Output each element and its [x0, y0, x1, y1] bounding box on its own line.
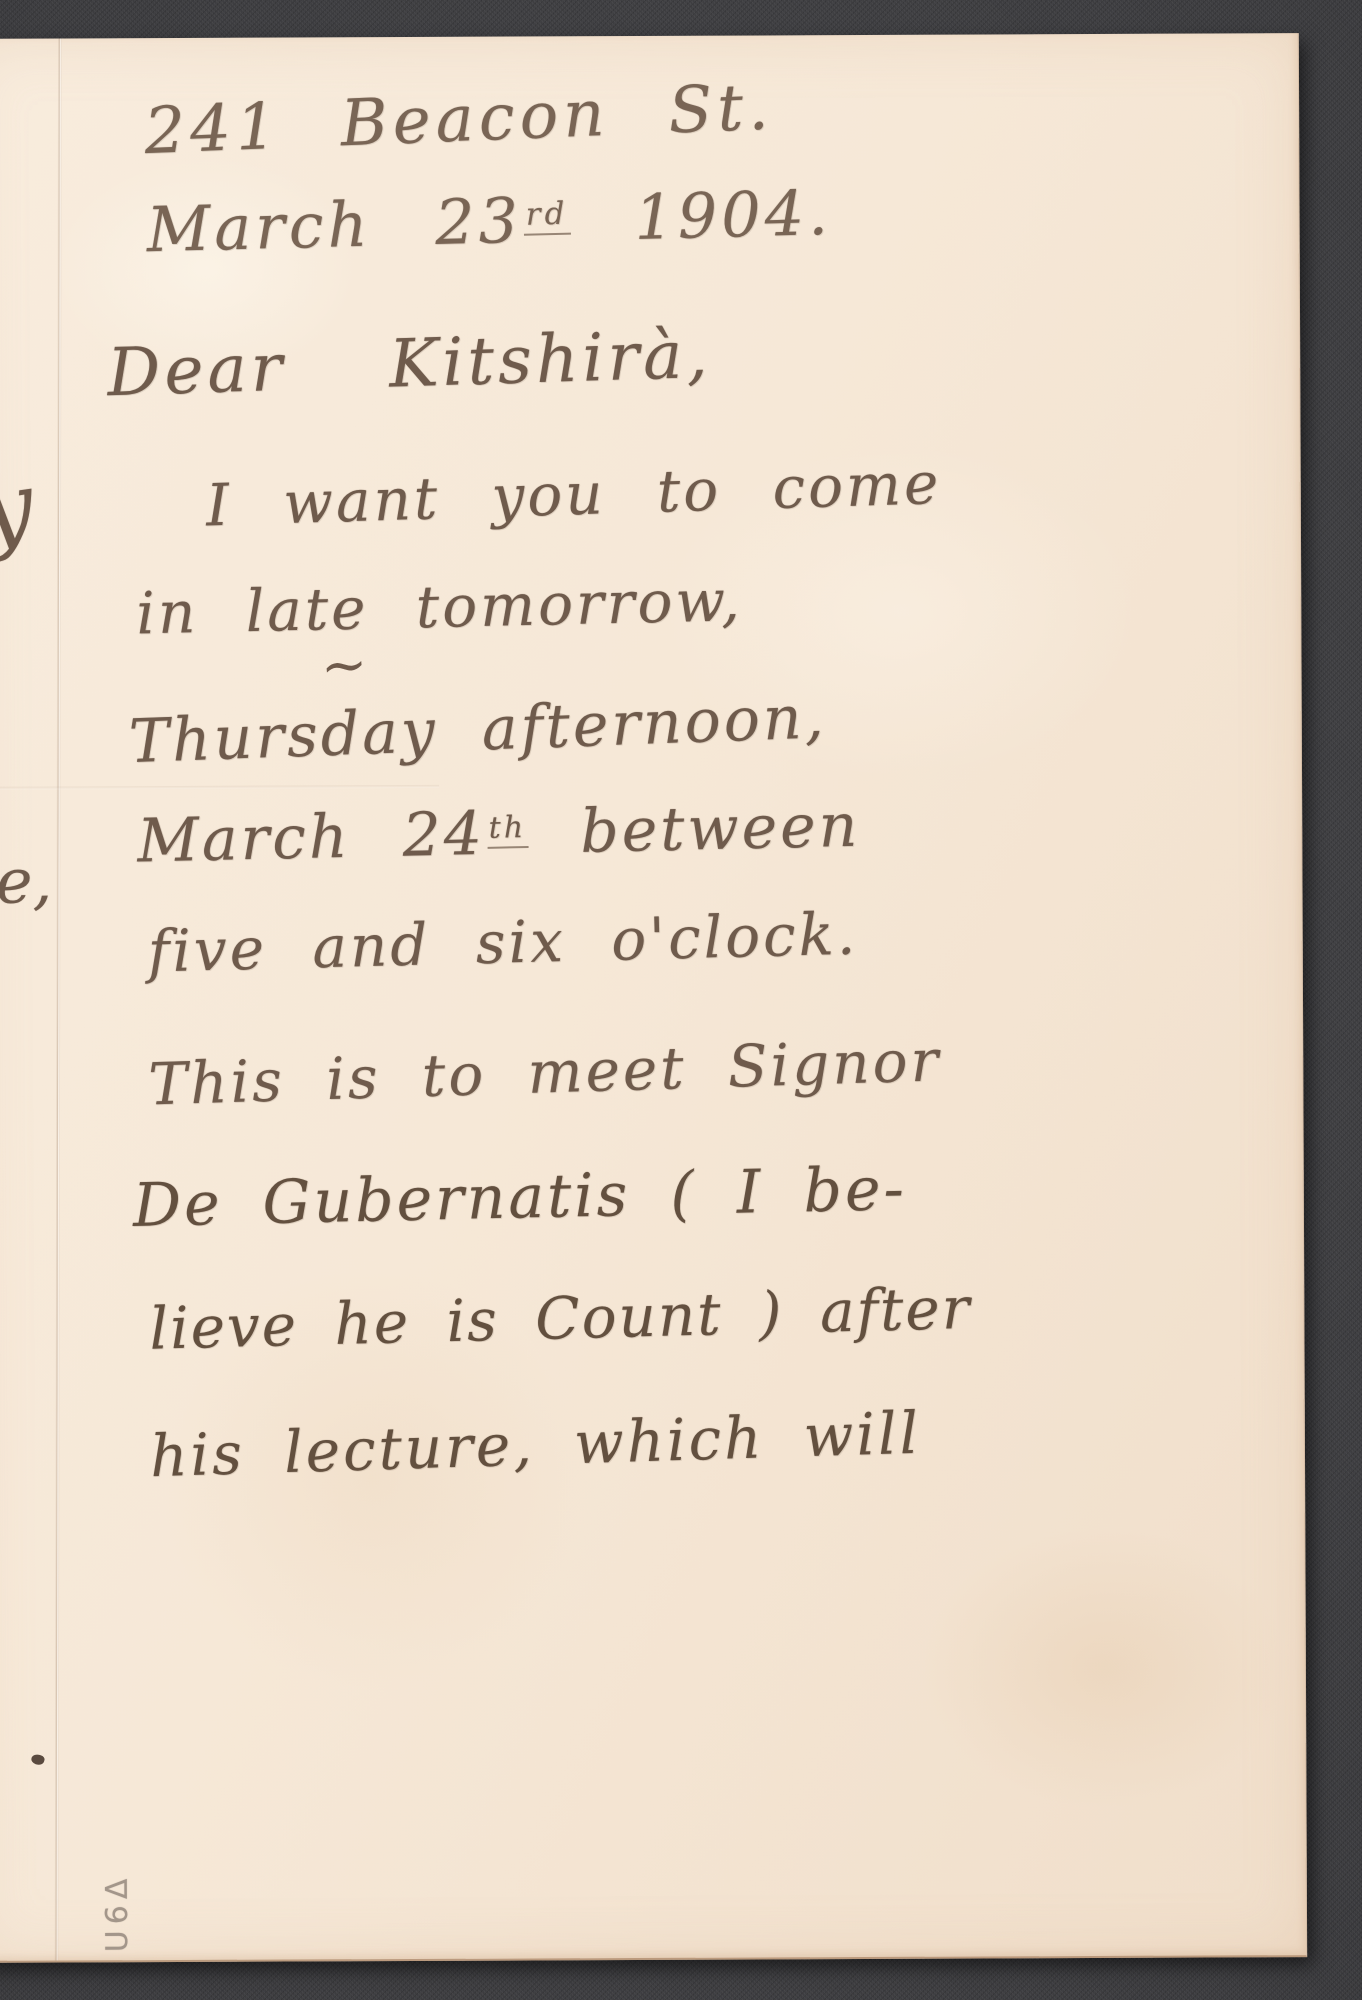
body-line-9-text: his lecture, which will — [149, 1399, 922, 1491]
body-line-6: This is to meet Signor — [148, 1030, 943, 1115]
date-year-text: 1904. — [570, 176, 833, 256]
salutation-line: Dear Kitshirà, — [106, 320, 712, 408]
date-line: March 23rd 1904. — [146, 180, 833, 262]
emphasis-underline-mark: ~ — [318, 632, 370, 700]
body-line-7-text: De Gubernatis ( I be- — [132, 1154, 907, 1241]
vertical-fold-crease — [54, 39, 61, 1961]
body-line-2-post: tomorrow, — [368, 566, 744, 642]
body-line-3: Thursday afternoon, — [128, 686, 828, 774]
body-line-2: in late tomorrow, — [136, 570, 743, 644]
body-line-7: De Gubernatis ( I be- — [132, 1158, 907, 1238]
body-line-1: I want you to come — [205, 453, 942, 536]
body-line-4: March 24th between — [137, 795, 861, 874]
body-line-9: his lecture, which will — [149, 1403, 922, 1487]
date-ordinal-superscript: rd — [523, 196, 571, 236]
pencil-catalog-mark: U6Δ — [100, 1873, 135, 1953]
address-line: 241 Beacon St. — [143, 74, 775, 166]
edge-fragment-2: ere, — [0, 845, 52, 919]
address-text: 241 Beacon St. — [143, 70, 775, 169]
body-line-4-post: between — [527, 791, 861, 868]
letter-paper: 241 Beacon St. March 23rd 1904. Dear Kit… — [0, 33, 1307, 1963]
photo-background: 241 Beacon St. March 23rd 1904. Dear Kit… — [0, 0, 1362, 2000]
body-line-5-text: five and six o'clock. — [147, 900, 859, 986]
salutation-text: Dear Kitshirà, — [106, 316, 712, 411]
body-line-8: lieve he is Count ) after — [149, 1278, 972, 1360]
date-ordinal-superscript-th: th — [486, 809, 528, 848]
body-line-8-text: lieve he is Count ) after — [149, 1274, 973, 1363]
date-text: March 23 — [146, 184, 523, 266]
body-line-5: five and six o'clock. — [147, 904, 859, 983]
body-line-2-pre: in — [136, 577, 247, 647]
body-line-3-text: Thursday afternoon, — [128, 682, 828, 777]
body-line-4-pre: March 24 — [137, 799, 486, 877]
ink-blot — [30, 1753, 45, 1766]
body-line-1-text: I want you to come — [205, 449, 942, 539]
horizontal-fold-crease — [0, 785, 439, 790]
edge-fragment-1: ly — [0, 452, 41, 570]
body-line-6-text: This is to meet Signor — [147, 1026, 942, 1118]
